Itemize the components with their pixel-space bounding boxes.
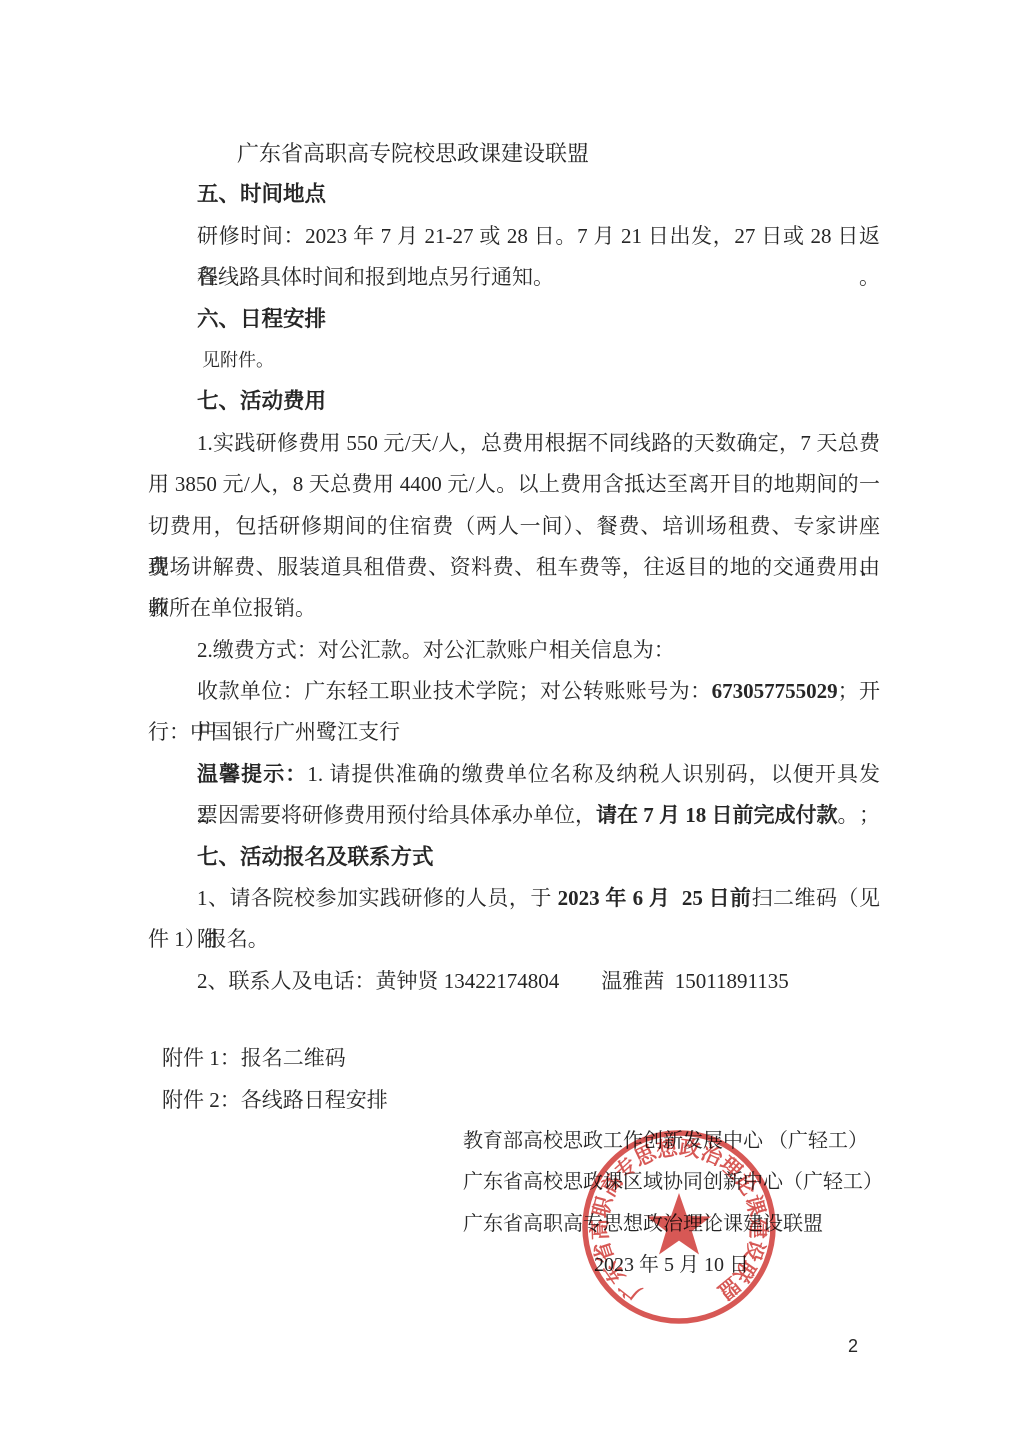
section-5-heading: 五、时间地点 (148, 174, 880, 215)
signature-line: 广东省高校思政课区域协同创新中心（广轻工） (463, 1162, 880, 1203)
league-title-line: 广东省高职高专院校思政课建设联盟 (148, 133, 880, 174)
text-segment: 见附件。 (202, 350, 274, 370)
attachment-2-line: 附件 2：各线路日程安排 (148, 1080, 880, 1121)
signature-block: 教育部高校思政工作创新发展中心 （广轻工）广东省高校思政课区域协同创新中心（广轻… (148, 1121, 880, 1287)
text-segment: 用 3850 元/人，8 天总费用 4400 元/人。以上费用含抵达至离开目的地… (148, 472, 880, 496)
bank-line: 行：中国银行广州鹭江支行 (148, 712, 880, 753)
text-segment: 附件 2：各线路日程安排 (162, 1088, 388, 1112)
bold-text-segment: 七、活动费用 (197, 389, 326, 413)
bold-text-segment: 五、时间地点 (197, 182, 326, 206)
section-7-fee-heading: 七、活动费用 (148, 381, 880, 422)
section-6-heading: 六、日程安排 (148, 299, 880, 340)
signup-line-1: 1、请各院校参加实践研修的人员，于 2023 年 6 月 25 日前扫二维码（见… (148, 878, 880, 919)
text-segment: 2.缴费方式：对公汇款。对公汇款账户相关信息为： (197, 638, 675, 662)
section-7-signup-heading: 七、活动报名及联系方式 (148, 837, 880, 878)
bold-text-segment: 673057755029 (712, 679, 838, 703)
bold-text-segment: 温馨提示： (197, 762, 307, 786)
bold-text-segment: 2023 年 6 月 25 日前 (558, 886, 752, 910)
text-segment: 行：中国银行广州鹭江支行 (148, 720, 400, 744)
signature-date: 2023 年 5 月 10 日 (463, 1245, 880, 1286)
fee-paragraph-line-2: 用 3850 元/人，8 天总费用 4400 元/人。以上费用含抵达至离开目的地… (148, 464, 880, 505)
signature-line: 广东省高职高专思想政治理论课建设联盟 (463, 1204, 880, 1245)
page-number: 2 (848, 1336, 858, 1357)
text-segment: 师所在单位报销。 (148, 596, 316, 620)
text-segment: 广东省高职高专院校思政课建设联盟 (237, 141, 589, 166)
text-segment: 2、联系人及电话：黄钟贤 13422174804 温雅茜 15011891135 (197, 969, 789, 993)
text-segment: 收款单位：广东轻工职业技术学院；对公转账账号为： (197, 679, 712, 703)
bold-text-segment: 六、日程安排 (197, 307, 326, 331)
fee-paragraph-line-1: 1.实践研修费用 550 元/天/人，总费用根据不同线路的天数确定，7 天总费 (148, 423, 880, 464)
payee-account-line: 收款单位：广东轻工职业技术学院；对公转账账号为：673057755029；开户 (148, 671, 880, 712)
bold-text-segment: 请在 7 月 18 日前完成付款 (596, 803, 838, 827)
payment-method-line: 2.缴费方式：对公汇款。对公汇款账户相关信息为： (148, 630, 880, 671)
text-segment: 件 1）报名。 (148, 927, 269, 951)
fee-paragraph-line-4: 现场讲解费、服装道具租借费、资料费、租车费等，往返目的地的交通费用由教 (148, 547, 880, 588)
document-lines: 广东省高职高专院校思政课建设联盟五、时间地点研修时间：2023 年 7 月 21… (148, 133, 880, 1121)
bold-text-segment: 七、活动报名及联系方式 (197, 845, 434, 869)
fee-paragraph-line-5: 师所在单位报销。 (148, 588, 880, 629)
tips-line-1: 温馨提示：1. 请提供准确的缴费单位名称及纳税人识别码，以便开具发票； (148, 754, 880, 795)
contact-line: 2、联系人及电话：黄钟贤 13422174804 温雅茜 15011891135 (148, 961, 880, 1002)
signup-line-2: 件 1）报名。 (148, 919, 880, 960)
attachment-1-line: 附件 1：报名二维码 (148, 1038, 880, 1079)
time-place-line-1: 研修时间：2023 年 7 月 21-27 或 28 日。7 月 21 日出发，… (148, 216, 880, 257)
text-segment: 2. 因需要将研修费用预付给具体承办单位， (197, 803, 596, 827)
text-segment: 附件 1：报名二维码 (162, 1046, 346, 1070)
text-segment: 各线路具体时间和报到地点另行通知。 (197, 265, 554, 289)
text-segment: 1、请各院校参加实践研修的人员，于 (197, 886, 558, 910)
tips-line-2: 2. 因需要将研修费用预付给具体承办单位，请在 7 月 18 日前完成付款。 (148, 795, 880, 836)
text-segment: 。 (838, 803, 859, 827)
fee-paragraph-line-3: 切费用，包括研修期间的住宿费（两人一间）、餐费、培训场租费、专家讲座费、 (148, 506, 880, 547)
signature-line: 教育部高校思政工作创新发展中心 （广轻工） (463, 1121, 880, 1162)
schedule-note: 见附件。 (148, 340, 880, 381)
text-segment: 1.实践研修费用 550 元/天/人，总费用根据不同线路的天数确定，7 天总费 (197, 431, 880, 455)
